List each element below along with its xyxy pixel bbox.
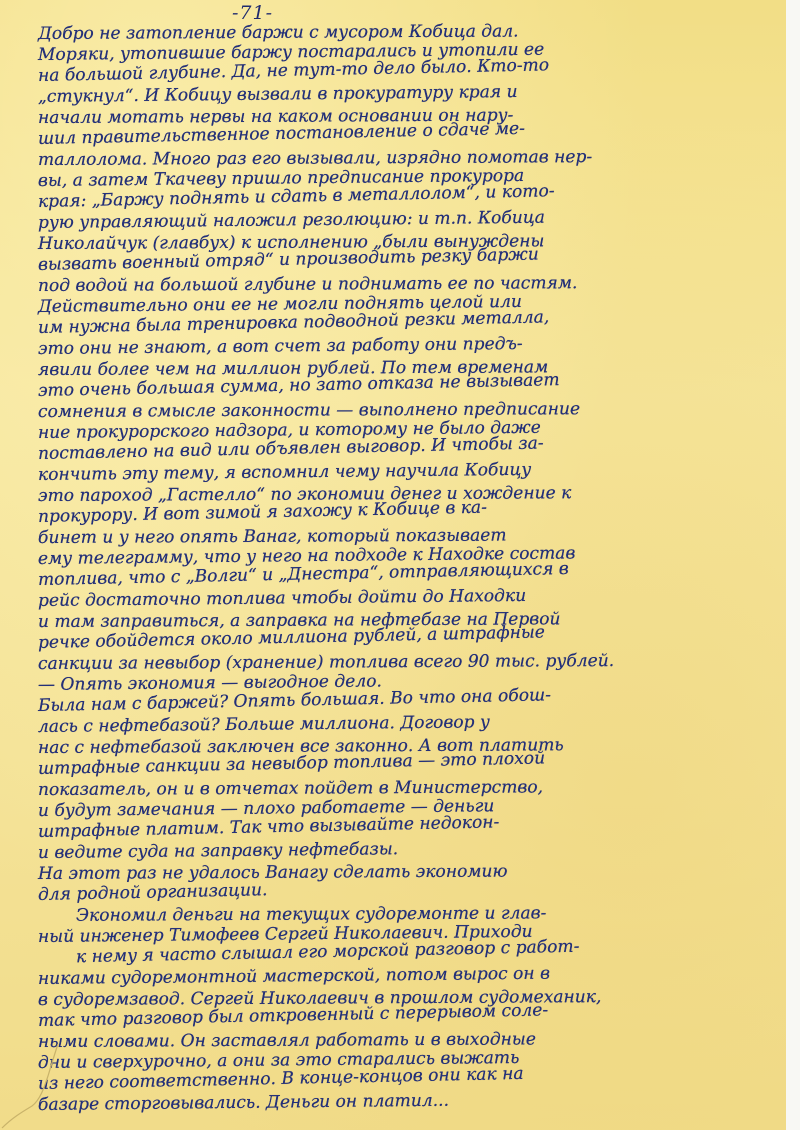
page-number: -71-	[232, 2, 273, 24]
handwritten-text-body: Добро не затопление баржи с мусором Коби…	[38, 24, 783, 1116]
pencil-stroke-mark	[0, 1040, 60, 1130]
manuscript-page: -71- Добро не затопление баржи с мусором…	[0, 0, 786, 1130]
scan-white-margin	[786, 0, 800, 1130]
